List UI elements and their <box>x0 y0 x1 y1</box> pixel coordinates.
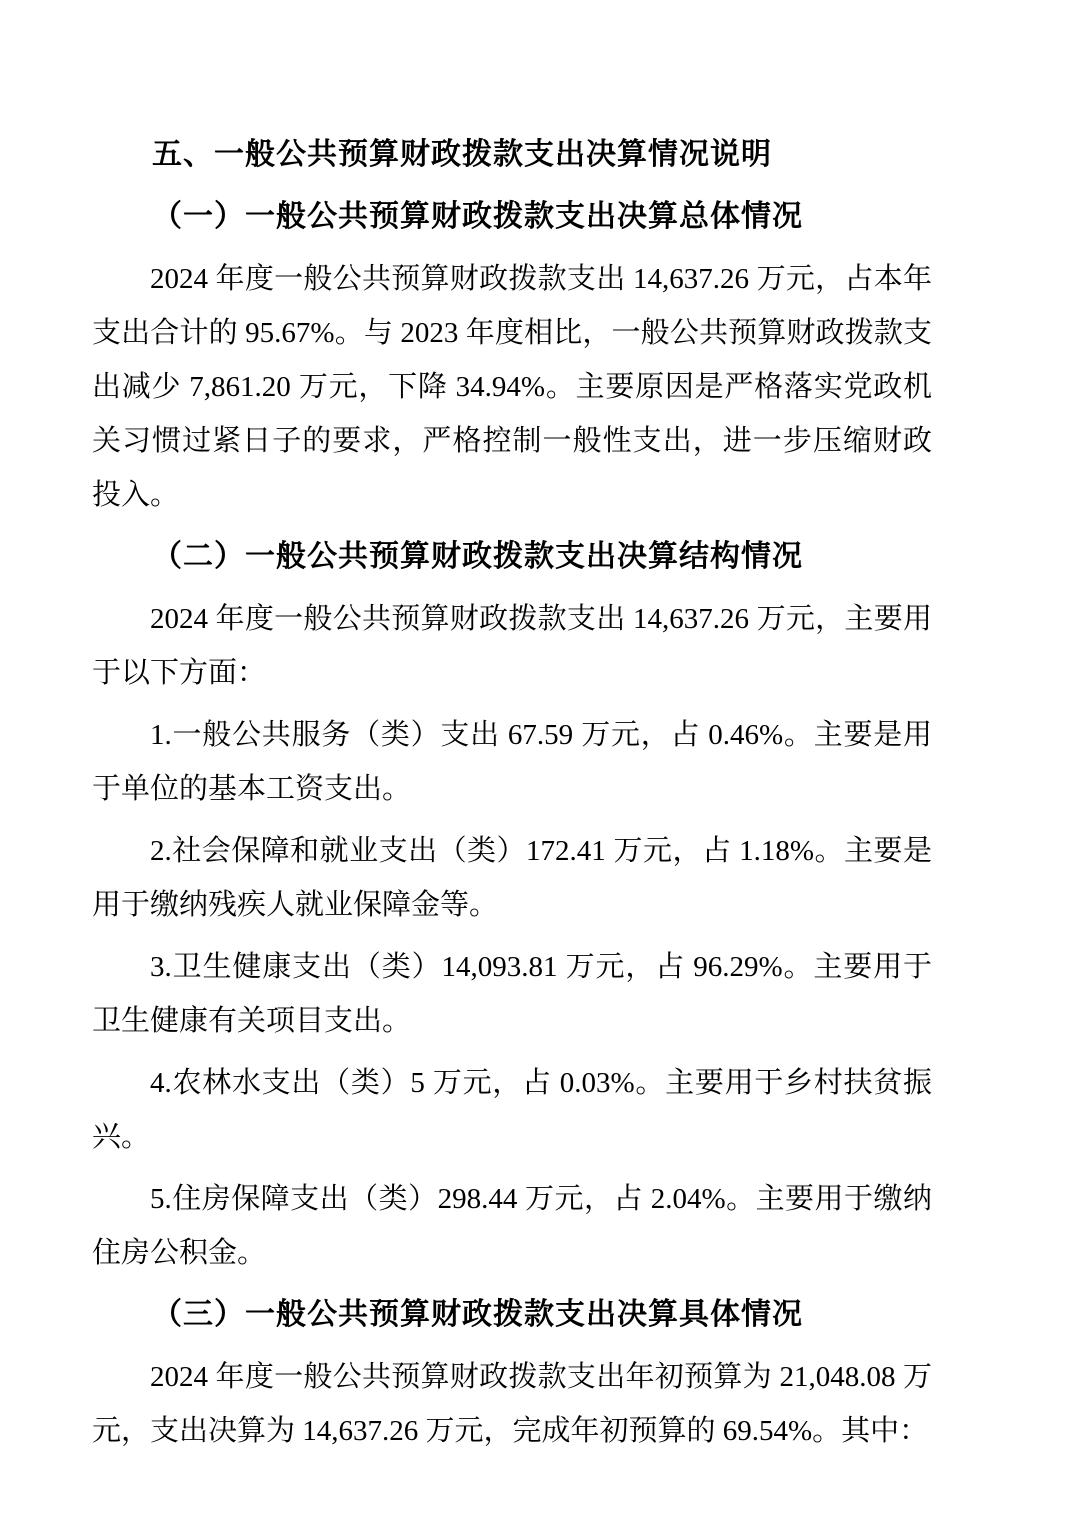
section-1-paragraph-1: 2024 年度一般公共预算财政拨款支出 14,637.26 万元，占本年支出合计… <box>92 252 932 522</box>
section-2-title: （二）一般公共预算财政拨款支出决算结构情况 <box>92 530 932 584</box>
section-1-title: （一）一般公共预算财政拨款支出决算总体情况 <box>92 190 932 244</box>
section-2-item-3: 3.卫生健康支出（类）14,093.81 万元，占 96.29%。主要用于卫生健… <box>92 940 932 1048</box>
section-2-item-5: 5.住房保障支出（类）298.44 万元，占 2.04%。主要用于缴纳住房公积金… <box>92 1172 932 1280</box>
section-2-item-1: 1.一般公共服务（类）支出 67.59 万元，占 0.46%。主要是用于单位的基… <box>92 708 932 816</box>
section-3-paragraph-1: 2024 年度一般公共预算财政拨款支出年初预算为 21,048.08 万元，支出… <box>92 1350 932 1458</box>
section-2-item-2: 2.社会保障和就业支出（类）172.41 万元，占 1.18%。主要是用于缴纳残… <box>92 824 932 932</box>
section-2-paragraph-intro: 2024 年度一般公共预算财政拨款支出 14,637.26 万元，主要用于以下方… <box>92 592 932 700</box>
section-3-title: （三）一般公共预算财政拨款支出决算具体情况 <box>92 1288 932 1342</box>
document-page: 五、一般公共预算财政拨款支出决算情况说明 （一）一般公共预算财政拨款支出决算总体… <box>0 0 1069 1514</box>
main-heading: 五、一般公共预算财政拨款支出决算情况说明 <box>92 128 932 182</box>
section-2-item-4: 4.农林水支出（类）5 万元，占 0.03%。主要用于乡村扶贫振兴。 <box>92 1056 932 1164</box>
